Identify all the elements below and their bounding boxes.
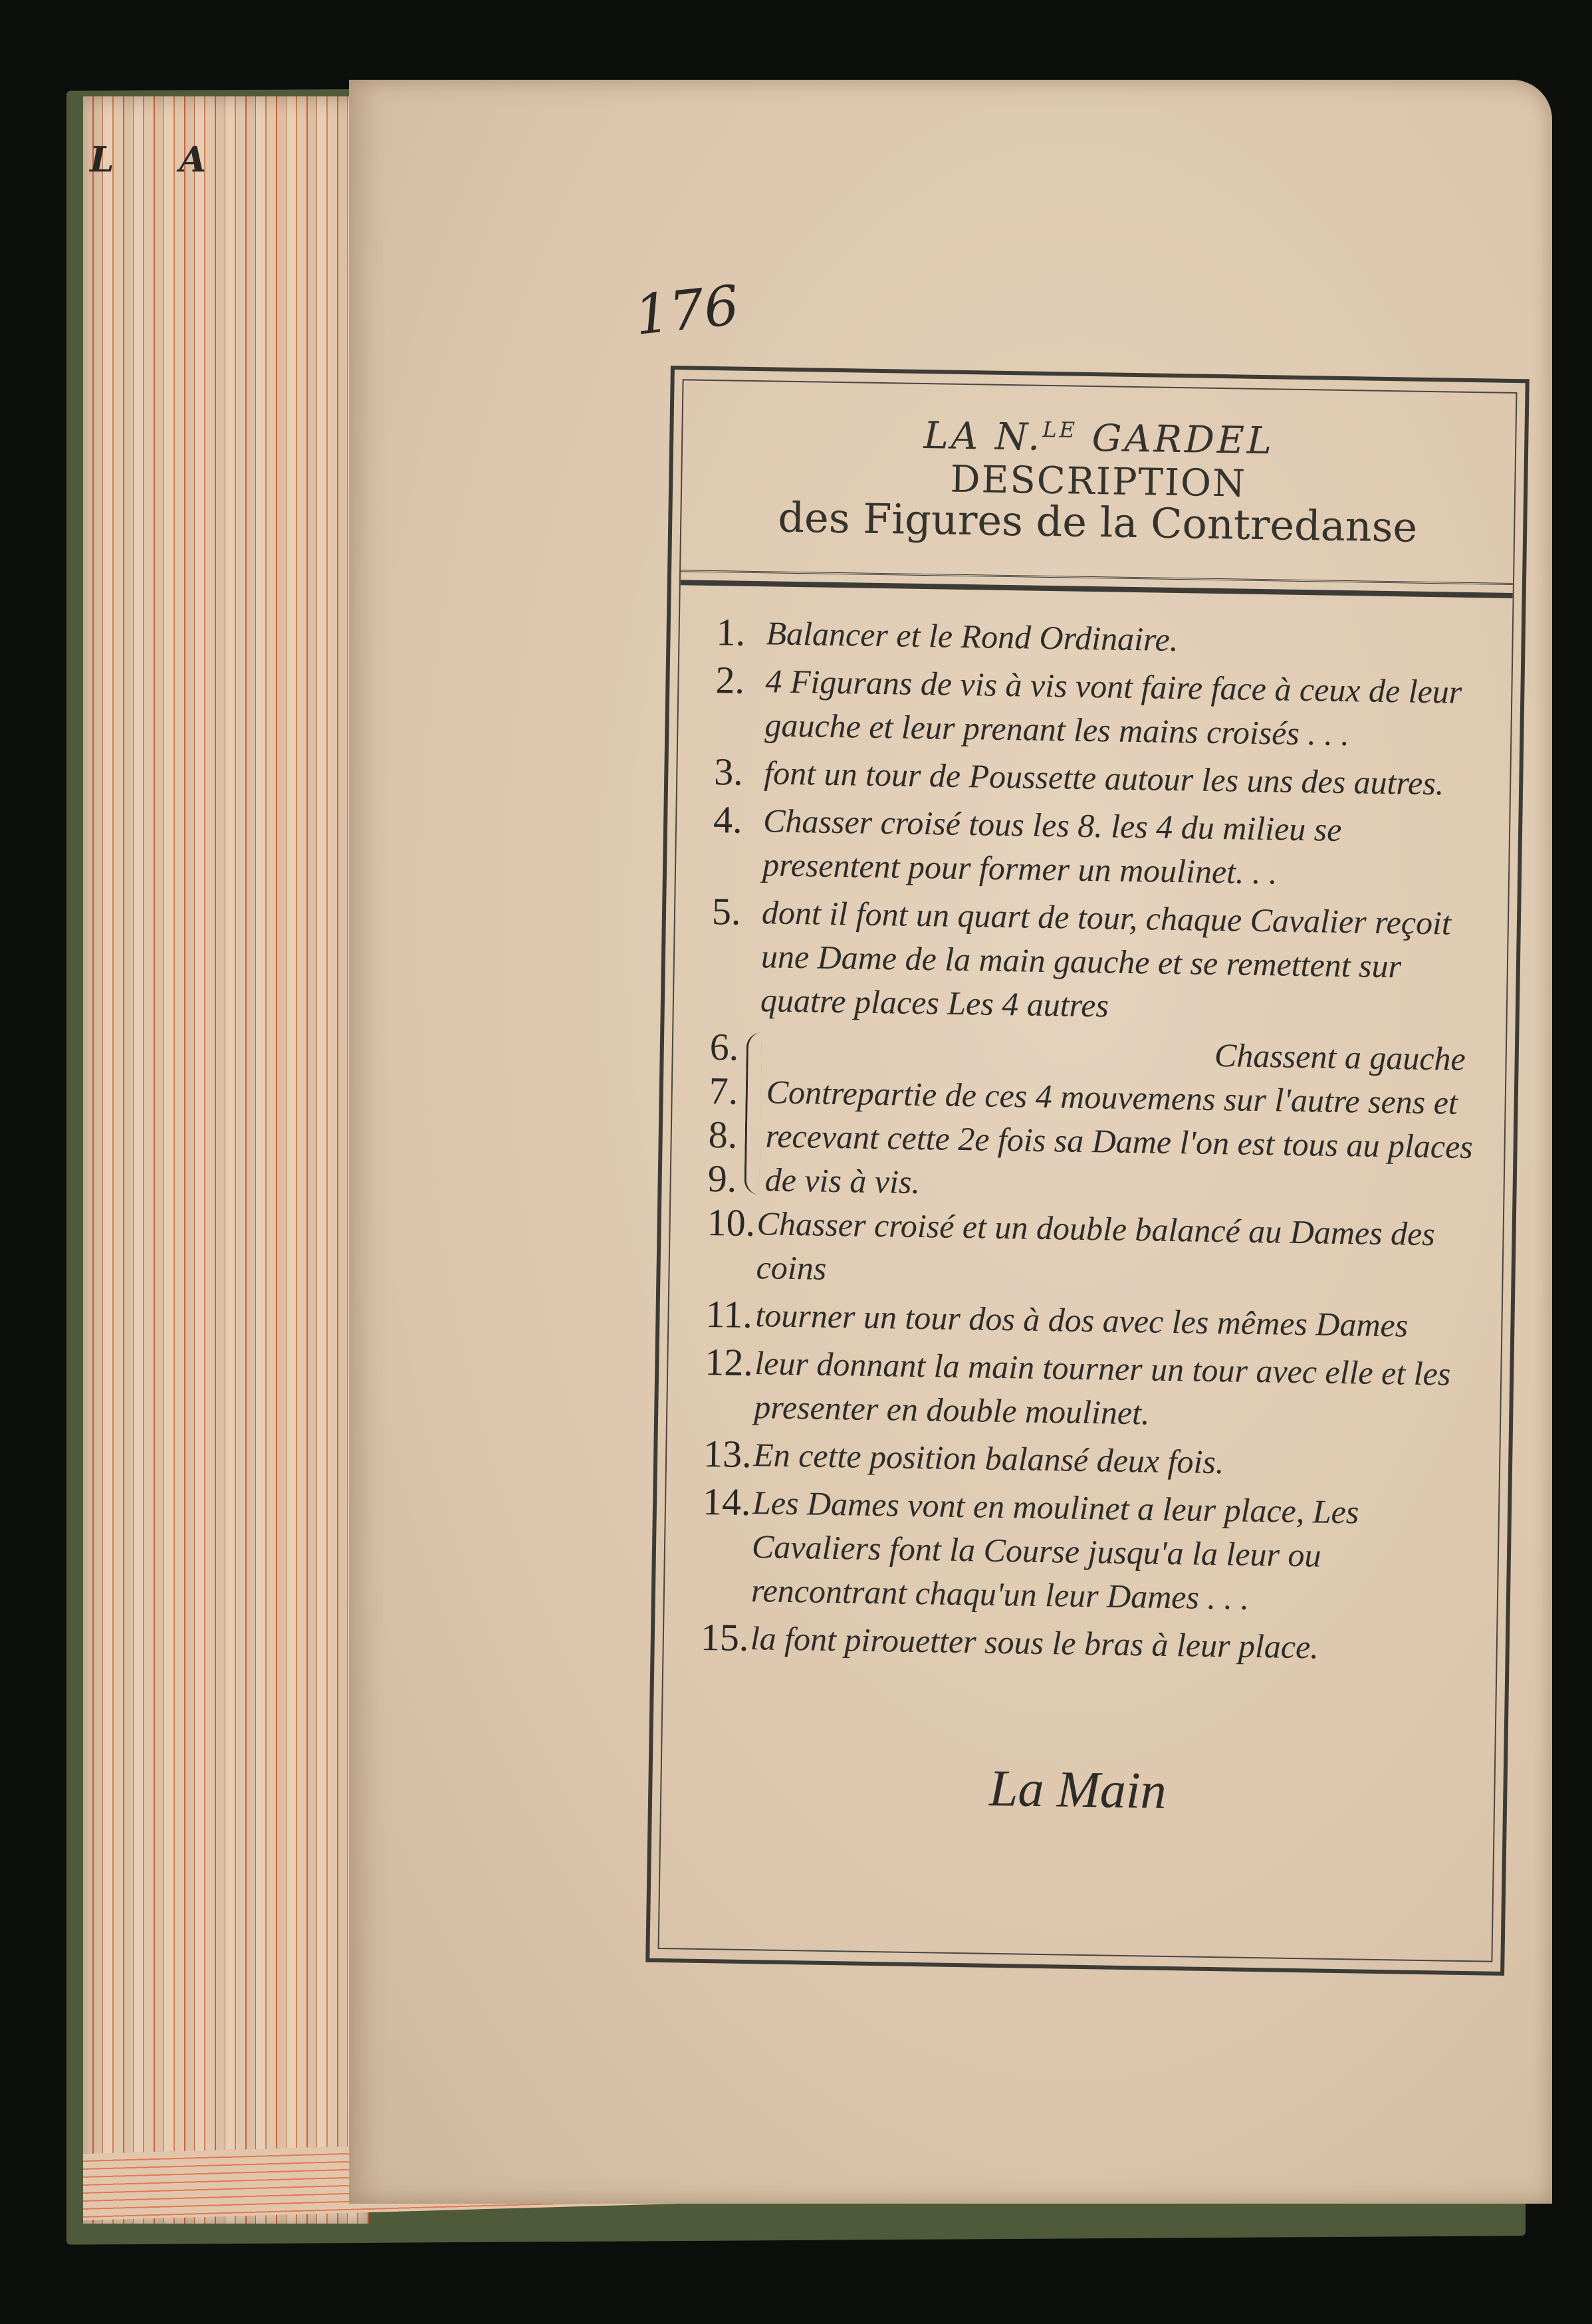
figure-text: tourner un tour dos à dos avec les mêmes… [755, 1293, 1475, 1348]
figure-item: 14. Les Dames vont en moulinet a leur pl… [701, 1480, 1472, 1623]
figure-number: 15. [700, 1615, 750, 1660]
figure-text: dont il font un quart de tour, chaque Ca… [760, 890, 1481, 1033]
figure-text: Balancer et le Rond Ordinaire. [766, 611, 1486, 666]
figure-number: 9. [707, 1157, 744, 1201]
figure-item: 13. En cette position balansé deux fois. [703, 1432, 1473, 1488]
fore-edge-letters: L A [90, 140, 233, 180]
closing-caption: La Main [661, 1753, 1494, 1826]
figure-item: 2. 4 Figurans de vis à vis vont faire fa… [715, 658, 1485, 758]
figure-number: 13. [703, 1432, 754, 1476]
plate-inner-border: LA N.LE GARDEL DESCRIPTION des Figures d… [658, 379, 1518, 1962]
figure-number: 10. [706, 1201, 757, 1289]
engraved-plate-frame: LA N.LE GARDEL DESCRIPTION des Figures d… [645, 366, 1530, 1976]
group-line-2: Contrepartie de ces 4 mouvemens sur l'au… [764, 1070, 1478, 1213]
page-fore-edge [83, 96, 369, 2224]
page-number: 176 [631, 274, 742, 348]
figure-text: la font pirouetter sous le bras à leur p… [750, 1616, 1470, 1671]
figure-number: 6. [709, 1025, 746, 1070]
figure-item: 1. Balancer et le Rond Ordinaire. [716, 610, 1486, 666]
curly-brace-icon [744, 1032, 762, 1195]
figure-item: 3. font un tour de Poussette autour les … [714, 750, 1484, 806]
figure-number: 14. [701, 1480, 753, 1612]
figure-number: 12. [704, 1340, 755, 1429]
figure-number: 3. [714, 750, 764, 794]
title-prefix: LA N. [923, 414, 1043, 459]
figure-text: Chasser croisé tous les 8. les 4 du mili… [762, 798, 1483, 897]
figure-text: Les Dames vont en moulinet a leur place,… [751, 1480, 1472, 1623]
group-text: Chassent a gauche Contrepartie de ces 4 … [764, 1026, 1479, 1213]
figure-item: 12. leur donnant la main tourner un tour… [704, 1340, 1474, 1440]
figure-item: 15. la font pirouetter sous le bras à le… [700, 1615, 1470, 1671]
figure-item: 11. tourner un tour dos à dos avec les m… [705, 1292, 1475, 1348]
figure-number: 11. [705, 1292, 756, 1337]
figure-text: font un tour de Poussette autour les uns… [764, 751, 1484, 806]
plate-header: LA N.LE GARDEL DESCRIPTION des Figures d… [681, 380, 1516, 585]
figure-number: 4. [713, 798, 764, 886]
figure-group-6-9: 6. 7. 8. 9. Chassent a gauche Contrepart… [707, 1025, 1479, 1213]
figure-item: 10. Chasser croisé et un double balancé … [706, 1201, 1476, 1300]
figure-text: leur donnant la main tourner un tour ave… [754, 1341, 1474, 1440]
figure-number: 7. [709, 1069, 746, 1113]
figure-text: Chasser croisé et un double balancé au D… [756, 1201, 1476, 1300]
figure-text: En cette position balansé deux fois. [753, 1433, 1473, 1488]
figure-number: 5. [710, 889, 762, 1022]
figure-number: 1. [716, 610, 766, 655]
group-numbers: 6. 7. 8. 9. [707, 1025, 746, 1201]
figure-item: 5. dont il font un quart de tour, chaque… [710, 889, 1481, 1033]
figure-item: 4. Chasser croisé tous les 8. les 4 du m… [713, 798, 1483, 897]
figure-list: 1. Balancer et le Rond Ordinaire. 2. 4 F… [700, 610, 1486, 1675]
title-superscript: LE [1042, 417, 1078, 443]
title-suffix: GARDEL [1091, 417, 1274, 463]
figure-number: 2. [715, 658, 766, 747]
figure-number: 8. [708, 1113, 745, 1157]
figure-text: 4 Figurans de vis à vis vont faire face … [764, 659, 1485, 758]
description-subheading: des Figures de la Contredanse [681, 495, 1514, 550]
